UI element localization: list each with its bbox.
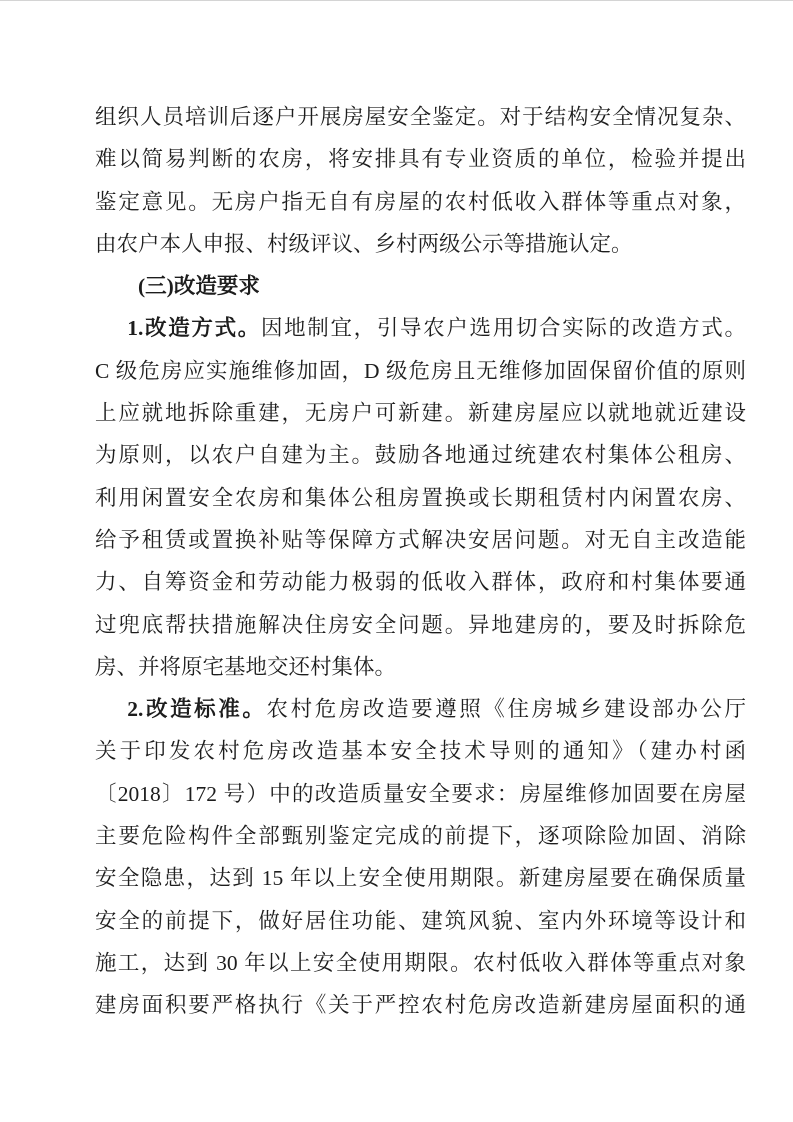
text-line: 主要危险构件全部甄别鉴定完成的前提下，逐项除险加固、消除 [95,815,746,857]
text-line: 安全隐患，达到 15 年以上安全使用期限。新建房屋要在确保质量 [95,857,746,899]
text-run: 因地制宜，引导农户选用切合实际的改造方式。 [261,316,746,340]
text-line: 上应就地拆除重建，无房户可新建。新建房屋应以就地就近建设 [95,392,746,434]
text-run: 鉴定意见。无房户指无自有房屋的农村低收入群体等重点对象， [95,190,746,214]
text-line: 建房面积要严格执行《关于严控农村危房改造新建房屋面积的通 [95,984,746,1026]
text-run: 房、并将原宅基地交还村集体。 [95,655,396,679]
document-page: 组织人员培训后逐户开展房屋安全鉴定。对于结构安全情况复杂、难以简易判断的农房，将… [0,0,793,1122]
text-line: 力、自筹资金和劳动能力极弱的低收入群体，政府和村集体要通 [95,561,746,603]
text-run: 安全的前提下，做好居住功能、建筑风貌、室内外环境等设计和 [95,909,746,933]
text-line: 由农户本人申报、村级评议、乡村两级公示等措施认定。 [95,223,746,265]
text-line: (三)改造要求 [95,265,746,307]
text-run: 施工，达到 30 年以上安全使用期限。农村低收入群体等重点对象 [95,951,746,975]
text-line: 〔2018〕172 号）中的改造质量安全要求：房屋维修加固要在房屋 [95,773,746,815]
text-line: 安全的前提下，做好居住功能、建筑风貌、室内外环境等设计和 [95,900,746,942]
text-run: 关于印发农村危房改造基本安全技术导则的通知》（建办村函 [95,739,746,763]
text-line: 1.改造方式。因地制宜，引导农户选用切合实际的改造方式。 [95,307,746,349]
text-line: 2.改造标准。农村危房改造要遵照《住房城乡建设部办公厅 [95,688,746,730]
text-run: 主要危险构件全部甄别鉴定完成的前提下，逐项除险加固、消除 [95,824,746,848]
text-run: 难以简易判断的农房，将安排具有专业资质的单位，检验并提出 [95,147,746,171]
text-run: 给予租赁或置换补贴等保障方式解决安居问题。对无自主改造能 [95,528,746,552]
bold-text-run: (三)改造要求 [138,274,260,298]
text-line: 给予租赁或置换补贴等保障方式解决安居问题。对无自主改造能 [95,519,746,561]
text-run: 为原则，以农户自建为主。鼓励各地通过统建农村集体公租房、 [95,443,746,467]
text-line: 房、并将原宅基地交还村集体。 [95,646,746,688]
text-run: 安全隐患，达到 15 年以上安全使用期限。新建房屋要在确保质量 [95,866,746,890]
bold-text-run: 1.改造方式。 [127,316,261,340]
text-line: 鉴定意见。无房户指无自有房屋的农村低收入群体等重点对象， [95,181,746,223]
text-run: 过兜底帮扶措施解决住房安全问题。异地建房的，要及时拆除危 [95,613,746,637]
text-line: 过兜底帮扶措施解决住房安全问题。异地建房的，要及时拆除危 [95,604,746,646]
text-line: 组织人员培训后逐户开展房屋安全鉴定。对于结构安全情况复杂、 [95,96,746,138]
text-line: 利用闲置安全农房和集体公租房置换或长期租赁村内闲置农房、 [95,477,746,519]
text-line: 为原则，以农户自建为主。鼓励各地通过统建农村集体公租房、 [95,434,746,476]
text-run: 建房面积要严格执行《关于严控农村危房改造新建房屋面积的通 [95,993,746,1017]
text-line: C 级危房应实施维修加固，D 级危房且无维修加固保留价值的原则 [95,350,746,392]
text-line: 关于印发农村危房改造基本安全技术导则的通知》（建办村函 [95,730,746,772]
text-line: 施工，达到 30 年以上安全使用期限。农村低收入群体等重点对象 [95,942,746,984]
text-run: 组织人员培训后逐户开展房屋安全鉴定。对于结构安全情况复杂、 [95,105,746,129]
text-run: 农村危房改造要遵照《住房城乡建设部办公厅 [267,697,746,721]
bold-text-run: 2.改造标准。 [127,697,266,721]
text-run: 利用闲置安全农房和集体公租房置换或长期租赁村内闲置农房、 [95,486,746,510]
page-top-edge [0,0,793,1]
text-run: 力、自筹资金和劳动能力极弱的低收入群体，政府和村集体要通 [95,570,746,594]
text-run: 〔2018〕172 号）中的改造质量安全要求：房屋维修加固要在房屋 [95,782,746,806]
text-run: 由农户本人申报、村级评议、乡村两级公示等措施认定。 [95,232,633,256]
text-run: C 级危房应实施维修加固，D 级危房且无维修加固保留价值的原则 [95,359,746,383]
text-line: 难以简易判断的农房，将安排具有专业资质的单位，检验并提出 [95,138,746,180]
text-run: 上应就地拆除重建，无房户可新建。新建房屋应以就地就近建设 [95,401,746,425]
text-block: 组织人员培训后逐户开展房屋安全鉴定。对于结构安全情况复杂、难以简易判断的农房，将… [95,96,746,1027]
